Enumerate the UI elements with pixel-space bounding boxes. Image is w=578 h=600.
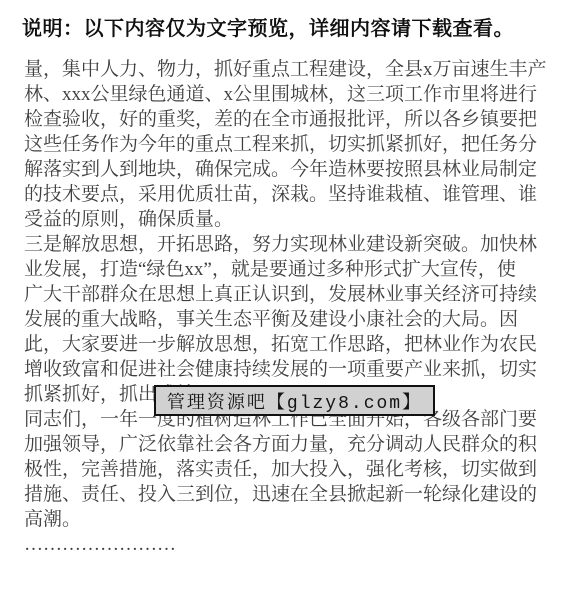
preview-notice: 说明：以下内容仅为文字预览，详细内容请下载查看。: [22, 16, 514, 43]
watermark-badge: 管理资源吧【glzy8.com】: [154, 385, 435, 416]
watermark-text: 管理资源吧【glzy8.com】: [167, 388, 422, 414]
document-preview-page: 说明：以下内容仅为文字预览，详细内容请下载查看。 量，集中人力、物力，抓好重点工…: [0, 0, 578, 600]
document-body-text: 量，集中人力、物力，抓好重点工程建设，全县x万亩速生丰产 林、xxx公里绿色通道…: [24, 57, 547, 557]
